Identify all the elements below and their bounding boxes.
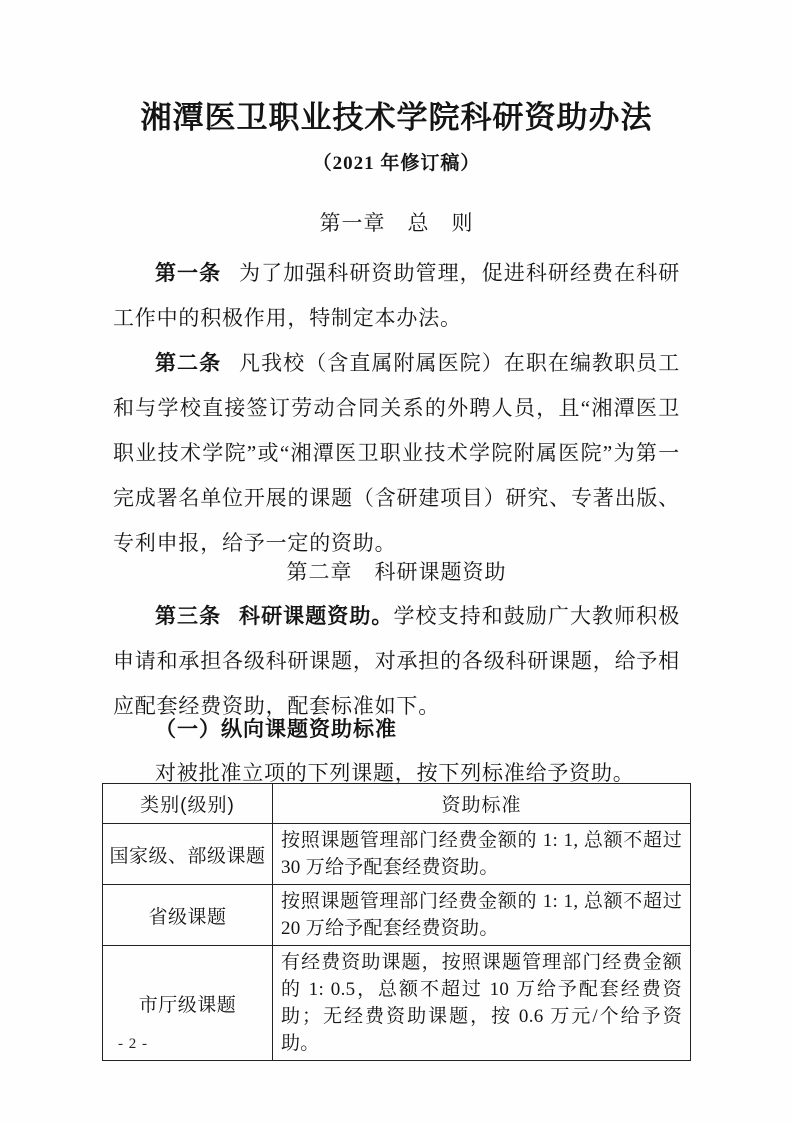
- table-row: 市厅级课题 有经费资助课题，按照课题管理部门经费金额的 1: 0.5，总额不超过…: [103, 946, 691, 1061]
- table-cell-standard: 有经费资助课题，按照课题管理部门经费金额的 1: 0.5，总额不超过 10 万给…: [273, 946, 691, 1061]
- article-3-lead: 科研课题资助。: [239, 604, 393, 628]
- document-subtitle: （2021 年修订稿）: [0, 148, 793, 175]
- document-title: 湘潭医卫职业技术学院科研资助办法: [0, 92, 793, 137]
- table-cell-standard: 按照课题管理部门经费金额的 1: 1, 总额不超过 30 万给予配套经费资助。: [273, 824, 691, 885]
- article-1-paragraph: 第一条为了加强科研资助管理，促进科研经费在科研工作中的积极作用，特制定本办法。: [113, 251, 680, 341]
- article-2-paragraph: 第二条凡我校（含直属附属医院）在职在编教职员工和与学校直接签订劳动合同关系的外聘…: [113, 341, 680, 566]
- article-3-label: 第三条: [155, 604, 221, 628]
- table-header-row: 类别(级别) 资助标准: [103, 784, 691, 824]
- chapter-1-heading: 第一章 总 则: [113, 207, 680, 237]
- table-cell-standard: 按照课题管理部门经费金额的 1: 1, 总额不超过 20 万给予配套经费资助。: [273, 885, 691, 946]
- page-number: - 2 -: [118, 1036, 148, 1053]
- section-1-heading: （一）纵向课题资助标准: [113, 713, 680, 743]
- table-header-category: 类别(级别): [103, 784, 273, 824]
- table-cell-category: 国家级、部级课题: [103, 824, 273, 885]
- document-page: 湘潭医卫职业技术学院科研资助办法 （2021 年修订稿） 第一章 总 则 第一条…: [0, 0, 793, 1122]
- article-2-text: 凡我校（含直属附属医院）在职在编教职员工和与学校直接签订劳动合同关系的外聘人员，…: [113, 351, 680, 555]
- article-2-label: 第二条: [155, 351, 221, 375]
- table-cell-category: 省级课题: [103, 885, 273, 946]
- table-row: 国家级、部级课题 按照课题管理部门经费金额的 1: 1, 总额不超过 30 万给…: [103, 824, 691, 885]
- table-header-standard: 资助标准: [273, 784, 691, 824]
- article-1-label: 第一条: [155, 261, 221, 285]
- article-3-paragraph: 第三条科研课题资助。学校支持和鼓励广大教师积极申请和承担各级科研课题，对承担的各…: [113, 594, 680, 729]
- table-row: 省级课题 按照课题管理部门经费金额的 1: 1, 总额不超过 20 万给予配套经…: [103, 885, 691, 946]
- chapter-2-heading: 第二章 科研课题资助: [113, 556, 680, 586]
- funding-standards-table: 类别(级别) 资助标准 国家级、部级课题 按照课题管理部门经费金额的 1: 1,…: [102, 783, 691, 1061]
